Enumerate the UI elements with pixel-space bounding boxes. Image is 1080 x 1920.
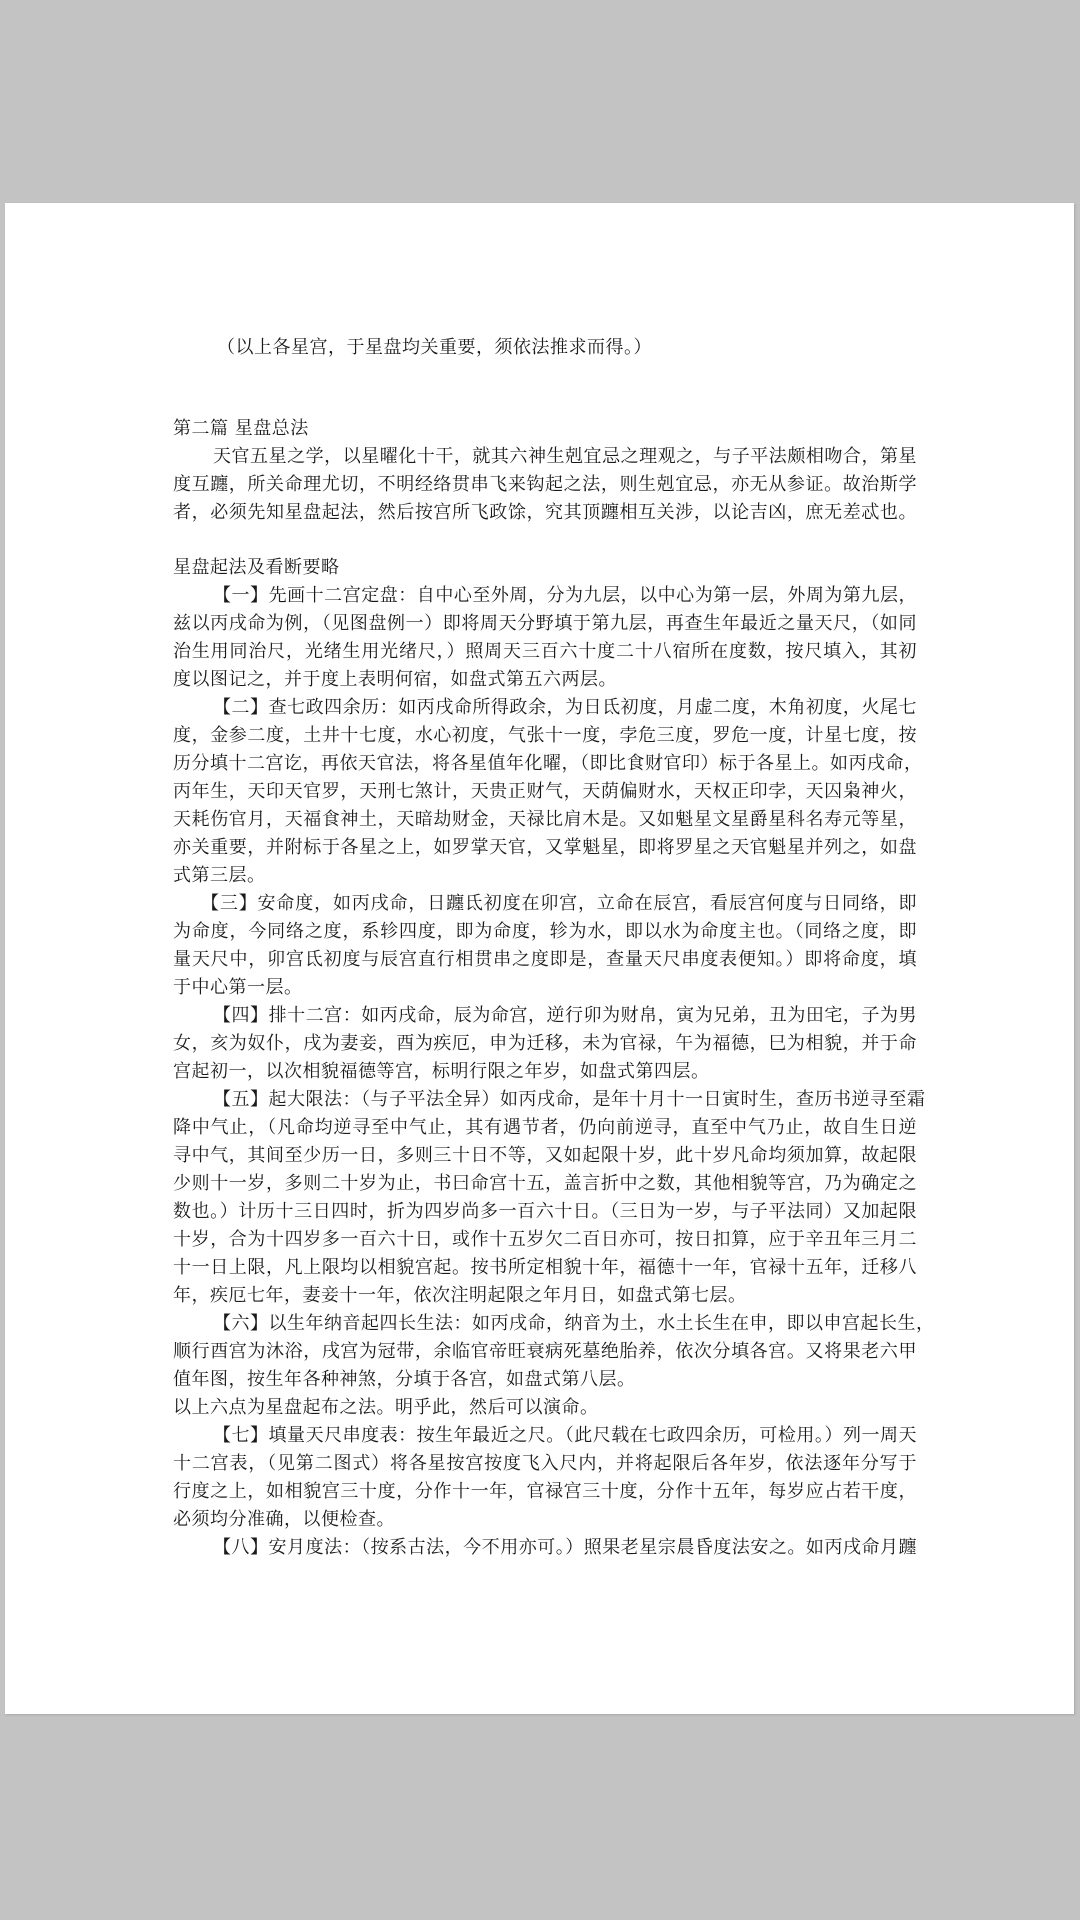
item-7-line: 必须均分准确，以便检查。 bbox=[173, 1506, 917, 1534]
item-3-line: 于中心第一层。 bbox=[173, 974, 917, 1002]
item-5-line: 少则十一岁，多则二十岁为止，书曰命宫十五，盖言折中之数，其他相貌等宫，乃为确定之 bbox=[173, 1170, 917, 1198]
item-2-line: 度，金参二度，土井十七度，水心初度，气张十一度，孛危三度，罗危一度，计星七度，按 bbox=[173, 722, 917, 750]
item-5-line: 寻中气，其间至少历一日，多则三十日不等，又如起限十岁，此十岁凡命均须加算，故起限 bbox=[173, 1142, 917, 1170]
item-4-line: 【四】排十二宫：如丙戌命，辰为命宫，逆行卯为财帛，寅为兄弟，丑为田宅，子为男 bbox=[213, 1002, 917, 1030]
item-5-line: 降中气止，（凡命均逆寻至中气止，其有遇节者，仍向前逆寻，直至中气乃止，故自生日逆 bbox=[173, 1114, 917, 1142]
item-2-line: 天耗伤官月，天福食神土，天暗劫财金，天禄比肩木是。又如魁星文星爵星科名寿元等星， bbox=[173, 806, 917, 834]
item-1-line: 兹以丙戌命为例，（见图盘例一）即将周天分野填于第九层，再查生年最近之量天尺，（如… bbox=[173, 610, 917, 638]
item-5-line: 年，疾厄七年，妻妾十一年，依次注明起限之年月日，如盘式第七层。 bbox=[173, 1282, 917, 1310]
item-2-line: 【二】查七政四余历：如丙戌命所得政余，为日氐初度，月虚二度，木角初度，火尾七 bbox=[213, 694, 917, 722]
item-1-line: 【一】先画十二宫定盘：自中心至外周，分为九层，以中心为第一层，外周为第九层， bbox=[213, 582, 917, 610]
item-4-line: 女，亥为奴仆，戌为妻妾，酉为疾厄，申为迁移，未为官禄，午为福德，巳为相貌，并于命 bbox=[173, 1030, 917, 1058]
item-1-line: 治生用同治尺，光绪生用光绪尺，）照周天三百六十度二十八宿所在度数，按尺填入，其初 bbox=[173, 638, 917, 666]
item-1-line: 度以图记之，并于度上表明何宿，如盘式第五六两层。 bbox=[173, 666, 917, 694]
document-page: （以上各星宫，于星盘均关重要，须依法推求而得。） 第二篇 星盘总法 天官五星之学… bbox=[5, 203, 1074, 1714]
chapter-title: 第二篇 星盘总法 bbox=[173, 415, 917, 443]
item-6-line: 顺行酉宫为沐浴，戌宫为冠带，余临官帝旺衰病死墓绝胎养，依次分填各宫。又将果老六甲 bbox=[173, 1338, 917, 1366]
intro-line: 天官五星之学，以星曜化十干，就其六神生剋宜忌之理观之，与子平法颇相吻合，第星 bbox=[213, 443, 917, 471]
summary-line: 以上六点为星盘起布之法。明乎此，然后可以演命。 bbox=[173, 1394, 917, 1422]
item-5-line: 十一日上限，凡上限均以相貌宫起。按书所定相貌十年，福德十一年，官禄十五年，迁移八 bbox=[173, 1254, 917, 1282]
item-7-line: 行度之上，如相貌宫三十度，分作十一年，官禄宫三十度，分作十五年，每岁应占若干度， bbox=[173, 1478, 917, 1506]
intro-line: 度互躔，所关命理尤切，不明经络贯串飞来钩起之法，则生剋宜忌，亦无从参证。故治斯学 bbox=[173, 471, 917, 499]
item-2-line: 式第三层。 bbox=[173, 862, 917, 890]
item-3-line: 量天尺中，卯宫氐初度与辰宫直行相贯串之度即是，查量天尺串度表便知。）即将命度，填 bbox=[173, 946, 917, 974]
item-5-line: 十岁，合为十四岁多一百六十日，或作十五岁欠二百日亦可，按日扣算，应于辛丑年三月二 bbox=[173, 1226, 917, 1254]
item-5-line: 【五】起大限法：（与子平法全异）如丙戌命，是年十月十一日寅时生，查历书逆寻至霜 bbox=[213, 1086, 917, 1114]
item-4-line: 宫起初一，以次相貌福德等宫，标明行限之年岁，如盘式第四层。 bbox=[173, 1058, 917, 1086]
item-7-line: 十二宫表，（见第二图式）将各星按宫按度飞入尺内，并将起限后各年岁，依法逐年分写于 bbox=[173, 1450, 917, 1478]
item-3-line: 为命度，今同络之度，系轸四度，即为命度，轸为水，即以水为命度主也。（同络之度，即 bbox=[173, 918, 917, 946]
item-8-line: 【八】安月度法：（按系古法，今不用亦可。）照果老星宗晨昏度法安之。如丙戌命月躔 bbox=[213, 1534, 917, 1562]
section-title: 星盘起法及看断要略 bbox=[173, 554, 917, 582]
item-2-line: 亦关重要，并附标于各星之上，如罗掌天官，又掌魁星，即将罗星之天官魁星并列之，如盘 bbox=[173, 834, 917, 862]
note-line: （以上各星宫，于星盘均关重要，须依法推求而得。） bbox=[217, 334, 961, 362]
item-3-line: 【三】安命度，如丙戌命，日躔氐初度在卯宫，立命在辰宫，看辰宫何度与日同络，即 bbox=[201, 890, 917, 918]
item-7-line: 【七】填量天尺串度表：按生年最近之尺。（此尺载在七政四余历，可检用。）列一周天 bbox=[213, 1422, 917, 1450]
item-5-line: 数也。）计历十三日四时，折为四岁尚多一百六十日。（三日为一岁，与子平法同）又加起… bbox=[173, 1198, 917, 1226]
item-6-line: 值年图，按生年各种神煞，分填于各宫，如盘式第八层。 bbox=[173, 1366, 917, 1394]
intro-line: 者，必须先知星盘起法，然后按宫所飞政馀，究其顶躔相互关涉，以论吉凶，庶无差忒也。 bbox=[173, 499, 917, 527]
item-2-line: 丙年生，天印天官罗，天刑七煞计，天贵正财气，天荫偏财水，天权正印孛，天囚枭神火， bbox=[173, 778, 917, 806]
item-2-line: 历分填十二宫讫，再依天官法，将各星值年化曜，（即比食财官印）标于各星上。如丙戌命… bbox=[173, 750, 917, 778]
item-6-line: 【六】以生年纳音起四长生法：如丙戌命，纳音为土，水土长生在申，即以申宫起长生， bbox=[213, 1310, 917, 1338]
